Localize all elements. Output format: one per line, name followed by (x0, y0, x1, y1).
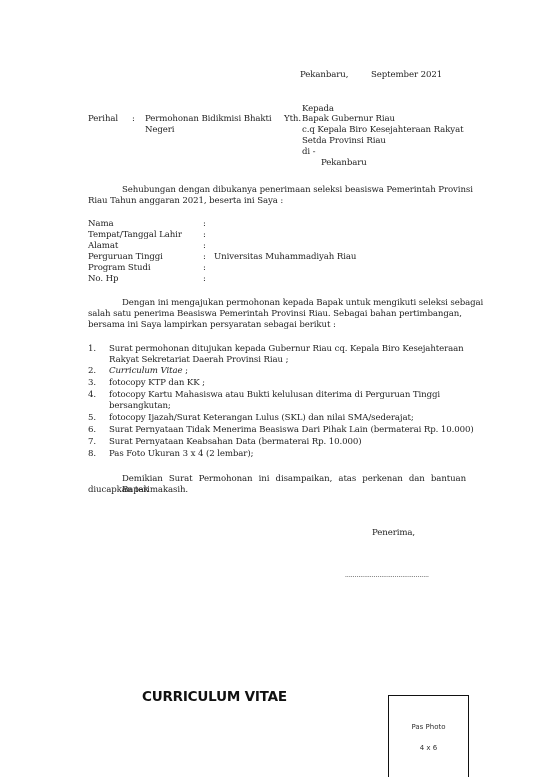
list-item-text: fotocopy Kartu Mahasiswa atau Bukti kelu… (109, 390, 466, 401)
list-item-text: Pas Foto Ukuran 3 x 4 (2 lembar); (109, 449, 253, 460)
field-label: Perguruan Tinggi (88, 252, 163, 263)
recipient-line-4: di - (302, 147, 316, 158)
subject-label: Perihal (88, 114, 118, 125)
closing-line-2: diucapkan terimakasih. (88, 485, 188, 496)
list-item-text: Surat permohonan ditujukan kepada Gubern… (109, 344, 464, 355)
field-label: Tempat/Tanggal Lahir (88, 230, 182, 241)
request-line-1: Dengan ini mengajukan permohonan kepada … (122, 298, 483, 309)
recipient-line-1: Bapak Gubernur Riau (302, 114, 395, 125)
field-colon: : (203, 252, 206, 263)
list-item-text: fotocopy Ijazah/Surat Keterangan Lulus (… (109, 413, 414, 424)
subject-line-1: Permohonan Bidikmisi Bhakti (145, 114, 272, 125)
field-label: Nama (88, 219, 114, 230)
list-item-text: Surat Pernyataan Tidak Menerima Beasiswa… (109, 425, 474, 436)
field-label: No. Hp (88, 274, 118, 285)
signature-label: Penerima, (372, 528, 415, 539)
cv-title: CURRICULUM VITAE (142, 689, 287, 705)
request-line-2: salah satu penerima Beasiswa Pemerintah … (88, 309, 466, 320)
list-item-number: 3. (88, 378, 96, 389)
field-label: Alamat (88, 241, 118, 252)
list-item-text: Curriculum Vitae ; (109, 366, 188, 377)
field-colon: : (203, 230, 206, 241)
photo-label: Pas Photo (389, 723, 468, 731)
list-item-number: 4. (88, 390, 96, 401)
list-item-number: 6. (88, 425, 96, 436)
opening-line-1: Sehubungan dengan dibukanya penerimaan s… (122, 185, 473, 196)
list-item-number: 2. (88, 366, 96, 377)
photo-size: 4 x 6 (389, 744, 468, 752)
signature-name-line: ........................................… (345, 570, 429, 581)
list-item-number: 5. (88, 413, 96, 424)
list-item-text: fotocopy KTP dan KK ; (109, 378, 205, 389)
field-label: Program Studi (88, 263, 151, 274)
list-item-text-cont: bersangkutan; (109, 401, 171, 412)
recipient-line-2: c.q Kepala Biro Kesejahteraan Rakyat (302, 125, 463, 136)
opening-line-2: Riau Tahun anggaran 2021, beserta ini Sa… (88, 196, 283, 207)
recipient-city: Pekanbaru (321, 158, 367, 169)
list-item-suffix: ; (182, 366, 187, 376)
photo-placeholder-box: Pas Photo 4 x 6 (388, 695, 469, 777)
letter-place: Pekanbaru, (300, 70, 348, 81)
field-colon: : (203, 274, 206, 285)
subject-colon: : (132, 114, 135, 125)
field-colon: : (203, 219, 206, 230)
list-item-number: 7. (88, 437, 96, 448)
field-colon: : (203, 241, 206, 252)
list-item-text: Surat Pernyataan Keabsahan Data (bermate… (109, 437, 362, 448)
field-value: Universitas Muhammadiyah Riau (214, 252, 356, 263)
request-line-3: bersama ini Saya lampirkan persyaratan s… (88, 320, 336, 331)
letter-date: September 2021 (371, 70, 442, 81)
list-item-text-cont: Rakyat Sekretariat Daerah Provinsi Riau … (109, 355, 288, 366)
list-item-number: 8. (88, 449, 96, 460)
list-item-number: 1. (88, 344, 96, 355)
field-colon: : (203, 263, 206, 274)
subject-line-2: Negeri (145, 125, 174, 136)
recipient-line-3: Setda Provinsi Riau (302, 136, 386, 147)
list-item-italic: Curriculum Vitae (109, 366, 182, 376)
recipient-yth: Yth. (284, 114, 301, 125)
